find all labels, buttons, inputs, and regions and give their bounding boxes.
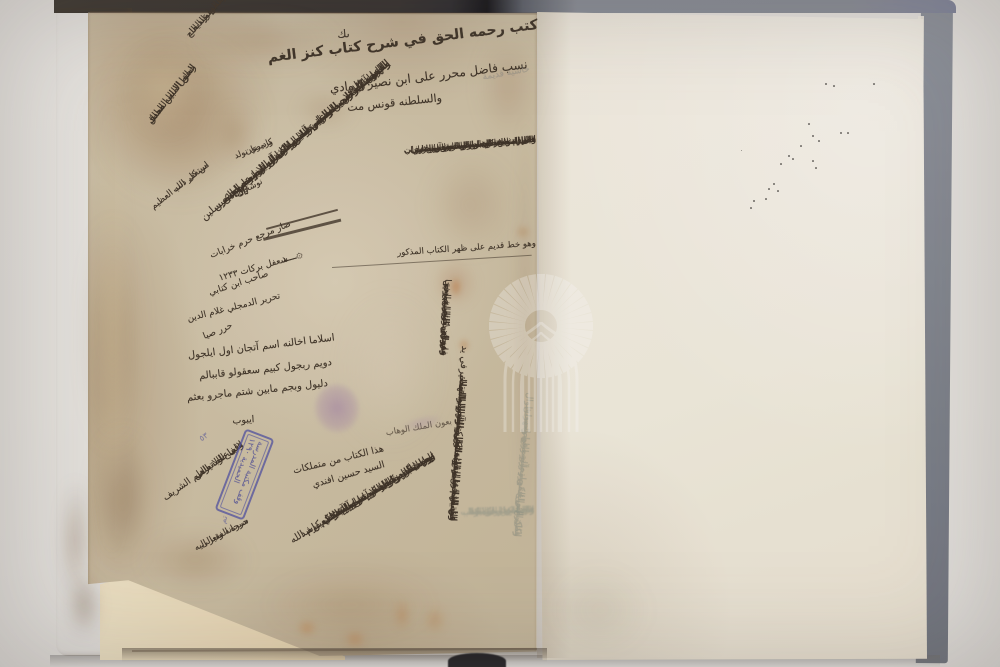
script-block-ottoman-line-1: اسلاما اخالنه اسم آتجان اول ايلجول [167, 332, 334, 352]
script-block-title-line-1: كتب رحمه الحق في شرح كتاب كنز الغم [243, 16, 537, 52]
script-block-vertical-columns-b: اما بعد فقد وقع هذا الكتاب المستطاب في ي… [460, 350, 472, 522]
script-block-vertical-columns-a: بيان ابن نزيل نموذجاوميجان ورحيل الحقوعج… [450, 266, 455, 356]
script-block-margin-note-3: استغفر الله العظيممن كل ذنب [132, 159, 204, 216]
manuscript-photo: ىككتب رحمه الحق في شرح كتاب كنز الغمنسب … [0, 0, 1000, 667]
script-block-scribe-note: حرره الفقير اليهسبحانه وتعالى [150, 515, 245, 566]
script-block-mid-rule-line: وهو خط قديم على ظهر الكتاب المذكور [330, 239, 535, 253]
handwriting-layer: ىككتب رحمه الحق في شرح كتاب كنز الغمنسب … [0, 0, 1000, 667]
script-block-owner-note-1: صار مرجع حرم خرابات [190, 218, 288, 258]
script-block-margin-note-2: لا اله الا الله الملكالحق المبين محمدرسو… [120, 62, 189, 150]
script-block-owner-note-5: حرر صيا [178, 320, 230, 341]
book-holder-clip [448, 653, 506, 667]
script-block-margin-note-1: ملكه الفقير الحاجمحمد بن عبد اللهغفر له … [148, 0, 227, 72]
script-block-ottoman-line-4: ايبوب [212, 413, 254, 416]
script-block-right-paragraph: قال المصنف رحمه الله تعالى اعلم انهذه ال… [372, 134, 535, 148]
purple-seal-stamp [302, 370, 373, 446]
